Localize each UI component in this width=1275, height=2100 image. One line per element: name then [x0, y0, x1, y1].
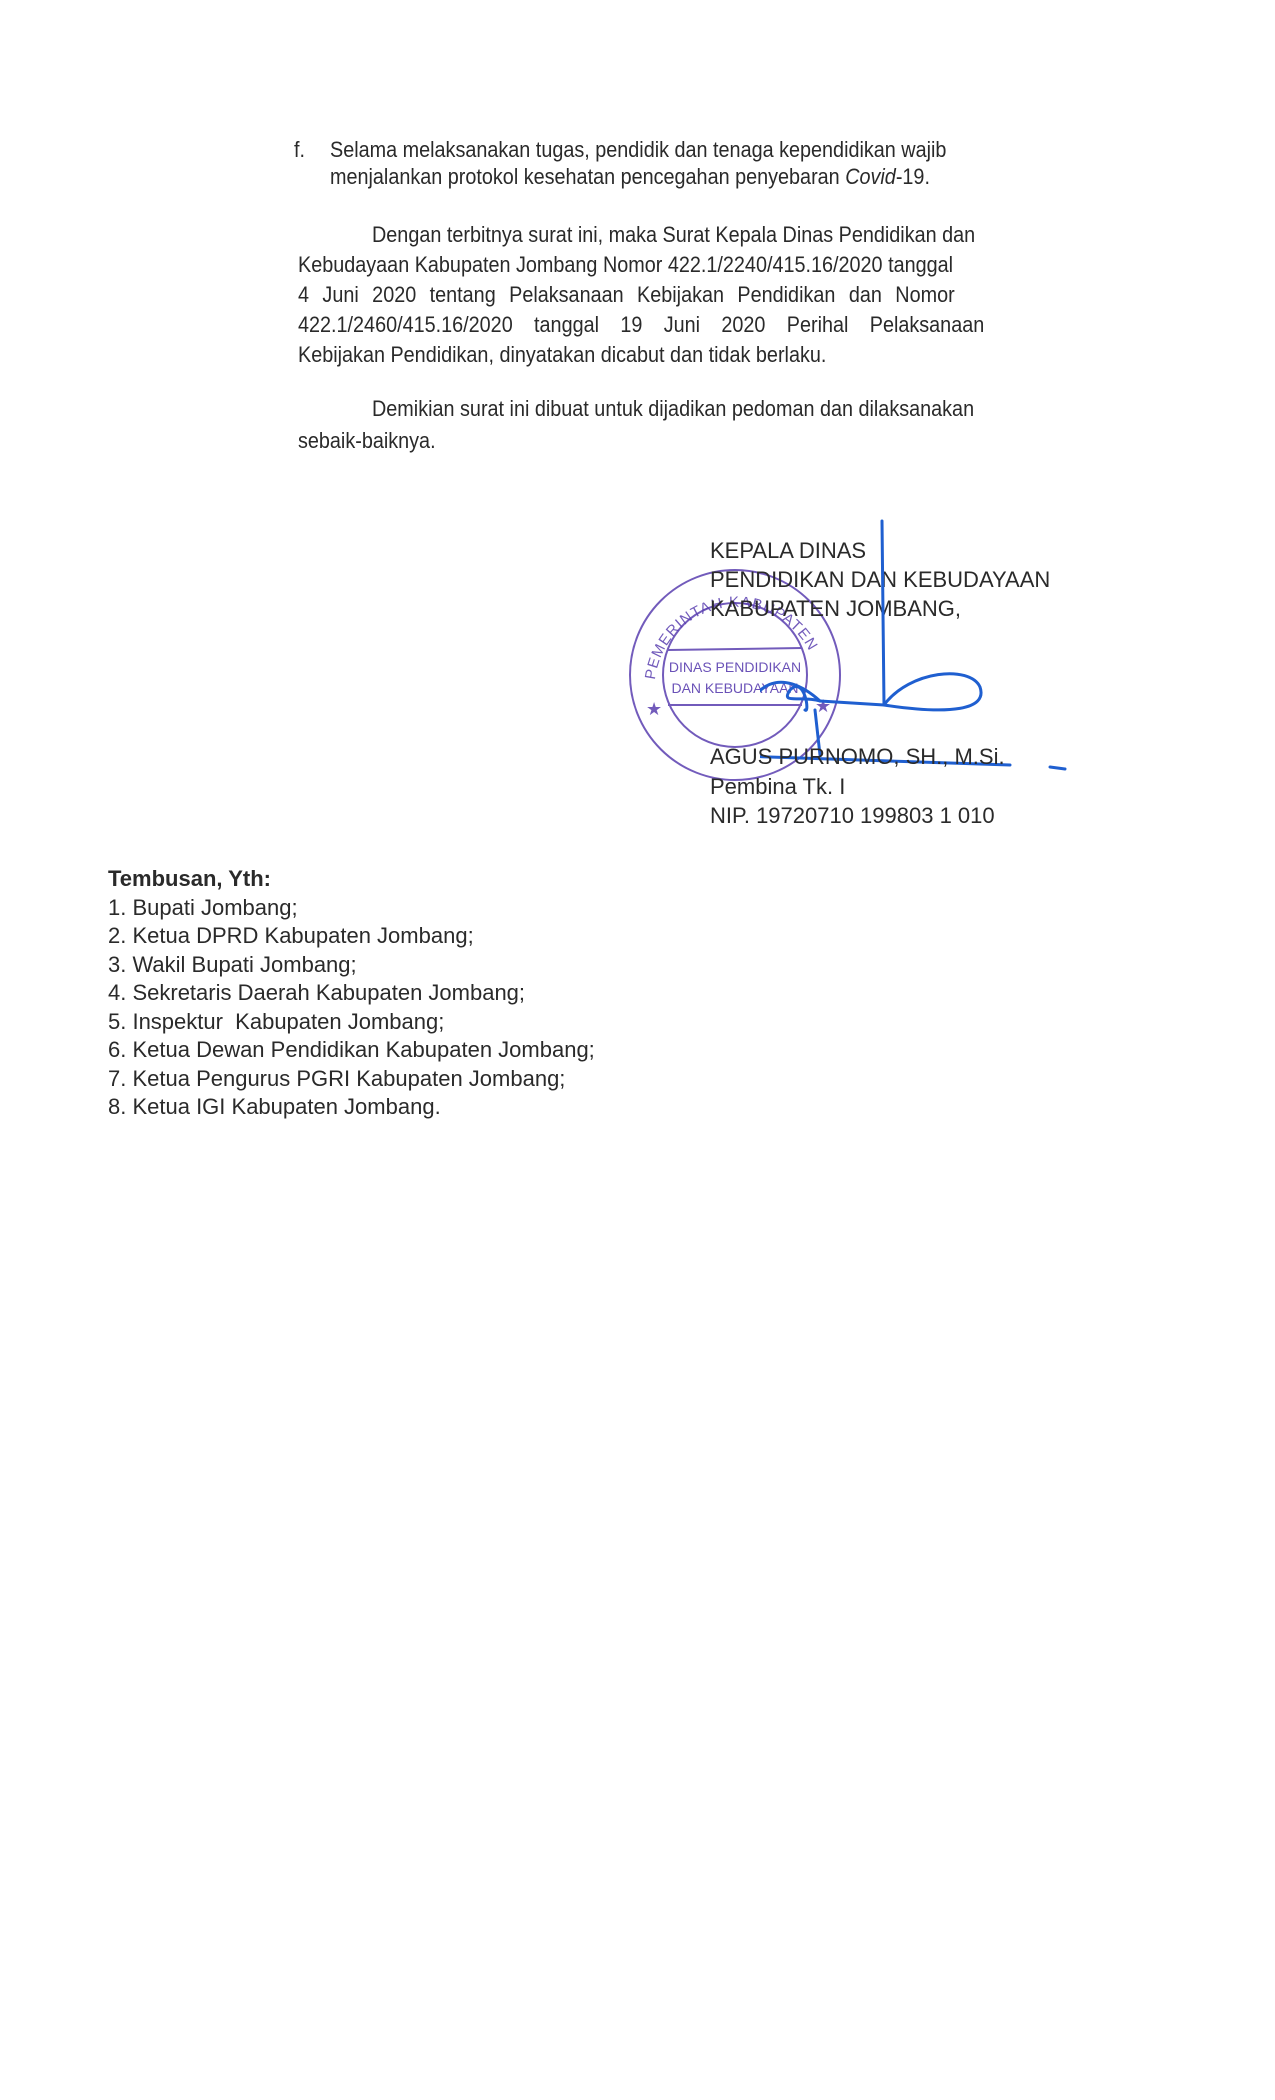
carbon-copy-item: 5. Inspektur Kabupaten Jombang;	[108, 1008, 595, 1037]
item-f-line2-italic: Covid	[845, 164, 896, 189]
revocation-line-5: Kebijakan Pendidikan, dinyatakan dicabut…	[298, 342, 826, 368]
item-f-line2: menjalankan protokol kesehatan pencegaha…	[330, 164, 930, 190]
item-f-marker: f.	[294, 137, 305, 163]
carbon-copy-heading: Tembusan, Yth:	[108, 865, 595, 894]
carbon-copy-item: 6. Ketua Dewan Pendidikan Kabupaten Jomb…	[108, 1036, 595, 1065]
closing-line-1: Demikian surat ini dibuat untuk dijadika…	[372, 396, 974, 422]
stamp-star-left-icon: ★	[646, 699, 662, 719]
document-page: f. Selama melaksanakan tugas, pendidik d…	[0, 0, 1275, 2100]
revocation-line-2: Kebudayaan Kabupaten Jombang Nomor 422.1…	[298, 252, 953, 278]
item-f-line1: Selama melaksanakan tugas, pendidik dan …	[330, 137, 1163, 163]
carbon-copy-item: 3. Wakil Bupati Jombang;	[108, 951, 595, 980]
signatory-rank: Pembina Tk. I	[710, 772, 845, 801]
revocation-line-4: 422.1/2460/415.16/2020 tanggal 19 Juni 2…	[298, 312, 984, 338]
revocation-line-3: 4 Juni 2020 tentang Pelaksanaan Kebijaka…	[298, 282, 955, 308]
carbon-copy-item: 8. Ketua IGI Kabupaten Jombang.	[108, 1093, 595, 1122]
carbon-copy-item: 1. Bupati Jombang;	[108, 894, 595, 923]
closing-line-2: sebaik-baiknya.	[298, 428, 436, 454]
signatory-nip: NIP. 19720710 199803 1 010	[710, 801, 995, 830]
carbon-copy-item: 2. Ketua DPRD Kabupaten Jombang;	[108, 922, 595, 951]
signatory-name: AGUS PURNOMO, SH., M.Si.	[710, 742, 1005, 771]
item-f-line2-suffix: -19.	[896, 164, 930, 189]
carbon-copy-list: Tembusan, Yth: 1. Bupati Jombang; 2. Ket…	[108, 865, 595, 1122]
carbon-copy-item: 4. Sekretaris Daerah Kabupaten Jombang;	[108, 979, 595, 1008]
item-f-line1-text: Selama melaksanakan tugas, pendidik dan …	[330, 137, 946, 163]
handwritten-signature	[760, 515, 1090, 775]
revocation-line-1: Dengan terbitnya surat ini, maka Surat K…	[372, 222, 975, 248]
item-f-line2-prefix: menjalankan protokol kesehatan pencegaha…	[330, 164, 845, 189]
carbon-copy-item: 7. Ketua Pengurus PGRI Kabupaten Jombang…	[108, 1065, 595, 1094]
